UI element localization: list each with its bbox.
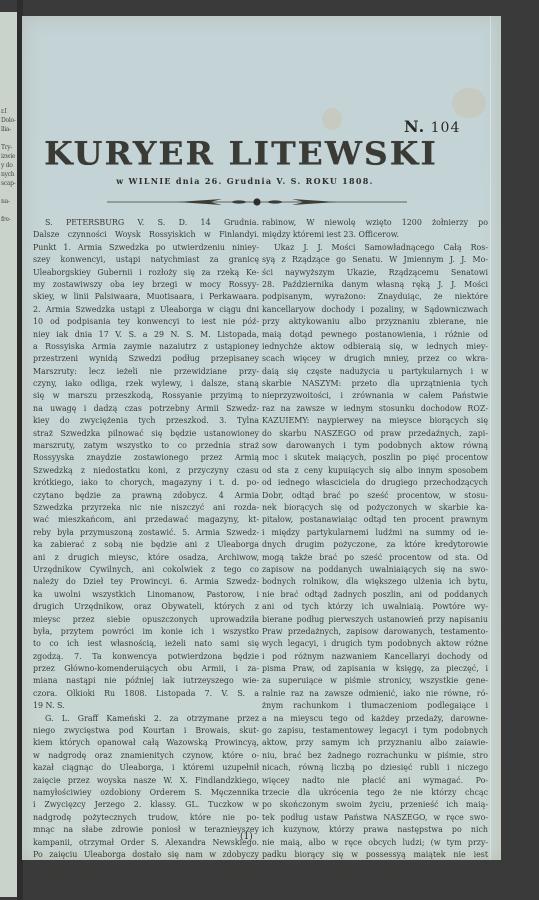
text-line: Dobr, odtąd brać po sześć procentow, w s…	[262, 490, 488, 502]
text-line: moc i skutek maiących, poszlin po pięć p…	[262, 452, 488, 464]
previous-page-text-fragment: Dolo-	[1, 116, 15, 125]
previous-page-text-fragment: nych	[1, 170, 14, 179]
article-column-right: rabinow, W niewolę wzięto 1200 żołnierzy…	[262, 217, 488, 886]
text-line: nadgrodę pożytecznych trudow, które nie …	[33, 812, 259, 824]
text-line: kiey do zwyciężenia tych przeszkod. 3. T…	[33, 415, 259, 427]
text-line: go zapisu, testamentowey legacyi i tym p…	[262, 725, 488, 737]
text-line: ani od tych którzy ich uwalniaią. Powtór…	[262, 601, 488, 613]
text-line: a Rossyiska Armia zaymie nazaiutrz z ust…	[33, 341, 259, 353]
text-line: ści naywyższym Ukazie, Rządzącemu Senato…	[262, 267, 488, 279]
text-line: niey iak dnia 17 V. S. a 29 N. S. M. Lis…	[33, 329, 259, 341]
text-line: Rossyyska znaydzie zostawionego przez Ar…	[33, 452, 259, 464]
text-line: dnych drugim pożyczone, za które kredyto…	[262, 539, 488, 551]
text-line: ich kuzynow, którzy prawa następstwa po …	[262, 824, 488, 836]
text-line: Uleaborgskiey Gubernii i rozłoży się za …	[33, 267, 259, 279]
issue-number-value: 104	[431, 120, 461, 136]
text-line: maią dotąd pewnego postanowienia, i różn…	[262, 329, 488, 341]
text-line: Po zaięciu Uleaborga dostało się nam w z…	[33, 849, 259, 861]
text-line: podpisanym, wyrażono: Znayduiąc, że niek…	[262, 291, 488, 303]
text-line: pitałow, postanawiaiąc odtąd ten procent…	[262, 514, 488, 526]
text-line: pisma Praw, od zapisania w księgę, za pi…	[262, 663, 488, 675]
text-line: sow darowanych i tym podobnych aktow rów…	[262, 440, 488, 452]
text-line: Szwedzką z niedostatku koni, z przyczyny…	[33, 465, 259, 477]
text-line: Punkt 1. Armia Szwedzka po utwierdzeniu …	[33, 242, 259, 254]
issue-number: N. 104	[404, 117, 460, 136]
text-line: reby była przymuszoną zostawić. 5. Armia…	[33, 527, 259, 539]
text-line: Praw przedażnych, zapisow darowanych, te…	[262, 626, 488, 638]
previous-page-text-fragment: izwie	[1, 152, 15, 161]
text-line: 28. Października danym własną ręką J. J.…	[262, 279, 488, 291]
text-line: my zostawiwszy oba iey brzegi w mocy Ros…	[33, 279, 259, 291]
text-line: za superuiące w piśmie stronicy, wszystk…	[262, 675, 488, 687]
text-line: nieprzyzwoitości, i zrównania w całem Pa…	[262, 390, 488, 402]
previous-page-text-fragment: y do	[1, 161, 13, 170]
text-line: od sta z ceny kupuiących się albo innym …	[262, 465, 488, 477]
newspaper-title: KURYER LITEWSKI	[36, 135, 446, 172]
text-line: tek podług ustaw Państwa NASZEGO, w ręce…	[262, 812, 488, 824]
text-line: była, przytem powróci im konie ich i wsz…	[33, 626, 259, 638]
newspaper-page: N. 104 KURYER LITEWSKI w WILNIE dnia 26.…	[22, 16, 501, 860]
text-line: do skarbu NASZEGO od praw przedaźnych, z…	[262, 428, 488, 440]
text-line: 19 N. S.	[33, 700, 259, 712]
text-line: Szwedzka przyrzeka nic nie niszczyć ani …	[33, 502, 259, 514]
text-line: straż Szwedzka pilnować się będzie ustan…	[33, 428, 259, 440]
text-line: 10 od podpisania tey konwencyi to iest n…	[33, 316, 259, 328]
text-line: ani z drugich mieysc, które osadza, Arch…	[33, 552, 259, 564]
text-line: aktow, przy samym ich przyznaniu albo za…	[262, 737, 488, 749]
text-line: Marszruty: lecz ieżeli nie przewidziane …	[33, 366, 259, 378]
page-number: (1)	[240, 832, 253, 842]
text-line: i prawnym ustąpieniem albo iego darem) i…	[262, 874, 488, 886]
text-line: kazał ciągnąc do Uleaborga, i któremi uz…	[33, 762, 259, 774]
text-line: należy do Dzieł tey Prowincyi. 6. Armia …	[33, 576, 259, 588]
text-line: i pod różnym nazwaniem Kancellaryi docho…	[262, 651, 488, 663]
text-line: syą z Rządzące go Senatu. W Jmiennym J. …	[262, 254, 488, 266]
text-line: czytano będzie za prawną zdobycz. 4 Armi…	[33, 490, 259, 502]
article-column-left: S. PETERSBURG V. S. D. 14 Grudnia.Dalsze…	[33, 217, 259, 886]
text-line: iuż z natury rzeczy sukcessyą, lecz dobr…	[262, 861, 488, 873]
issue-number-label: N.	[404, 117, 425, 136]
text-line: zgodzą. 7. Ta konwencya potwierdzona będ…	[33, 651, 259, 663]
text-line: od iednego własciciela do drugiego przec…	[262, 477, 488, 489]
text-line: kampanii, otrzymał Order S. Alexandra Ne…	[33, 837, 259, 849]
text-line: namyłościwiey ozdobiony Orderem S. Męcze…	[33, 787, 259, 799]
text-line: się w marszu przeszkodą, Rossyanie przyi…	[33, 390, 259, 402]
text-line: raz na zawsze w iednym stosunku dochodow…	[262, 403, 488, 415]
previous-page-text-fragment: fre-	[1, 215, 10, 224]
text-line: ka zabierać z sobą nie będzie ani z Ulea…	[33, 539, 259, 551]
text-line: nek biorących się od pożyczonych w skarb…	[262, 502, 488, 514]
text-line: scach więcey w drugich mniey, przez co w…	[262, 353, 488, 365]
text-line: trzecie dla ukrócenia tego że nie którzy…	[262, 787, 488, 799]
text-line: między któremi iest 23. Officerow.	[262, 229, 488, 241]
text-line: kancellaryow dochody i pozaliny, w Sądow…	[262, 304, 488, 316]
text-line: S. PETERSBURG V. S. D. 14 Grudnia.	[33, 217, 259, 229]
text-line: czora. Olkioki Ru 1808. Listopada 7. V. …	[33, 688, 259, 700]
text-line: i między partykularnemi ludźmi na summy …	[262, 527, 488, 539]
text-line: ralnie raz na zawsze odmienić, iako nie …	[262, 688, 488, 700]
text-line: zaięcie przez woyska nasze W. X. Findlan…	[33, 775, 259, 787]
text-line: niego zwycięstwa pod Kourtan i Browais, …	[33, 725, 259, 737]
text-line: mogą także brać po sześć procentow od st…	[262, 552, 488, 564]
text-line: kiem których opanował całą Wazowską Prow…	[33, 737, 259, 749]
text-line: nie brać odtąd żadnych poszlin, ani od p…	[262, 589, 488, 601]
text-line: i małego kalibru, część prowiantu i do 2…	[33, 874, 259, 886]
text-line: Urzędnikow Cywilnych, ani cokolwiek z te…	[33, 564, 259, 576]
text-line: KAZUIEMY: naypierwey na mieysce biorącyc…	[262, 415, 488, 427]
ornament-divider-icon	[107, 196, 407, 208]
text-line: Ukaz J. J. Mości Samowładnącego Całą Ros…	[262, 242, 488, 254]
text-line: i Zwycięzcy Jerzego 2. klassy. GL. Tuczk…	[33, 799, 259, 811]
text-line: w nadgrodę oraz znamienitych czynow, któ…	[33, 750, 259, 762]
paper-stain	[322, 108, 342, 130]
text-line: wych legacyi, i drugich tym podobnych ak…	[262, 638, 488, 650]
text-line: ka uwolni wszystkich Linomanow, Pastorow…	[33, 589, 259, 601]
text-line: bierane podług pierwszych ustanowień prz…	[262, 614, 488, 626]
text-line: nicach, równą liczbą po dziesięć rubli i…	[262, 762, 488, 774]
text-line: wać mieszkańcom, ani przedawać magazyny,…	[33, 514, 259, 526]
previous-page-text-fragment: scap-	[1, 179, 15, 188]
text-line: a na mieyscu tego od każdey przedaży, da…	[262, 713, 488, 725]
text-line: niu, brać bez żadnego rozrachunku w piśm…	[262, 750, 488, 762]
text-line: skiey, w linii Palsiwaara, Muotisaara, i…	[33, 291, 259, 303]
text-line: żnym rachunkom i tłumaczeniom podlegaiąc…	[262, 700, 488, 712]
paper-stain	[452, 88, 486, 118]
text-line: iednychże aktow odbieraią się, w iednych…	[262, 341, 488, 353]
text-line: przy aktykowaniu albo przyznaniu zbieran…	[262, 316, 488, 328]
text-line: po skończonym swoim życiu, przenieść ich…	[262, 799, 488, 811]
text-line: woienney Dział żelaznych 18. różnego wie…	[33, 861, 259, 873]
previous-page-text-fragment: na-	[1, 197, 10, 206]
text-line: przestrzeni wynidą Szwedzi podług przepi…	[33, 353, 259, 365]
text-line: mieysc przez siebie opuszczonych uprowad…	[33, 614, 259, 626]
text-line: miana nastąpi nie później iak iutrzeysze…	[33, 675, 259, 687]
dateline: w WILNIE dnia 26. Grudnia V. S. ROKU 180…	[100, 176, 390, 186]
text-line: szey konwencyi, ustąpi natychmiast za gr…	[33, 254, 259, 266]
text-line: daią się częste nadużycia u partykularny…	[262, 366, 488, 378]
text-line: czyny, iako odliga, rzek wylewy, i dalsz…	[33, 378, 259, 390]
text-line: przez Główno-komenderuiących obu Armii, …	[33, 663, 259, 675]
previous-page-text-fragment: llia-	[1, 125, 11, 134]
text-line: padku biorący się w possessyą maiątek ni…	[262, 849, 488, 861]
text-line: bodnych rolnikow, dla większego ulżenia …	[262, 576, 488, 588]
text-line: nie maią, albo w ręce obcych ludzi; (w t…	[262, 837, 488, 849]
text-line: więcey nadto nie płacić ani wymagać. Po-	[262, 775, 488, 787]
text-line: Dalsze czynności Woysk Rossyiskich w Fin…	[33, 229, 259, 241]
text-line: drugich Urzędnikow, oraz Obywateli, któr…	[33, 601, 259, 613]
text-line: krótkiego, iako to chorych, magazyny i t…	[33, 477, 259, 489]
text-line: mnąc na słabe zdrowie poniosł w teraznie…	[33, 824, 259, 836]
text-line: G. L. Graff Kameński 2. za otrzymane prz…	[33, 713, 259, 725]
previous-page-text-fragment: r.I	[1, 107, 7, 116]
text-line: to co ich iest własnością, ieżeli nato s…	[33, 638, 259, 650]
text-line: zapisow na poddanych uwalniaiących się n…	[262, 564, 488, 576]
text-line: skarbie NASZYM: przeto dla uprzątnienia …	[262, 378, 488, 390]
text-line: 2. Armia Szwedzka ustąpi z Uleaborga w c…	[33, 304, 259, 316]
text-line: rabinow, W niewolę wzięto 1200 żołnierzy…	[262, 217, 488, 229]
previous-page-text-fragment: Try-	[1, 143, 12, 152]
paper-crease	[490, 16, 491, 860]
text-line: marszruty, zatym wszystko to co przednia…	[33, 440, 259, 452]
text-line: na uwagę i dadzą czas potrzebny Armii Sz…	[33, 403, 259, 415]
